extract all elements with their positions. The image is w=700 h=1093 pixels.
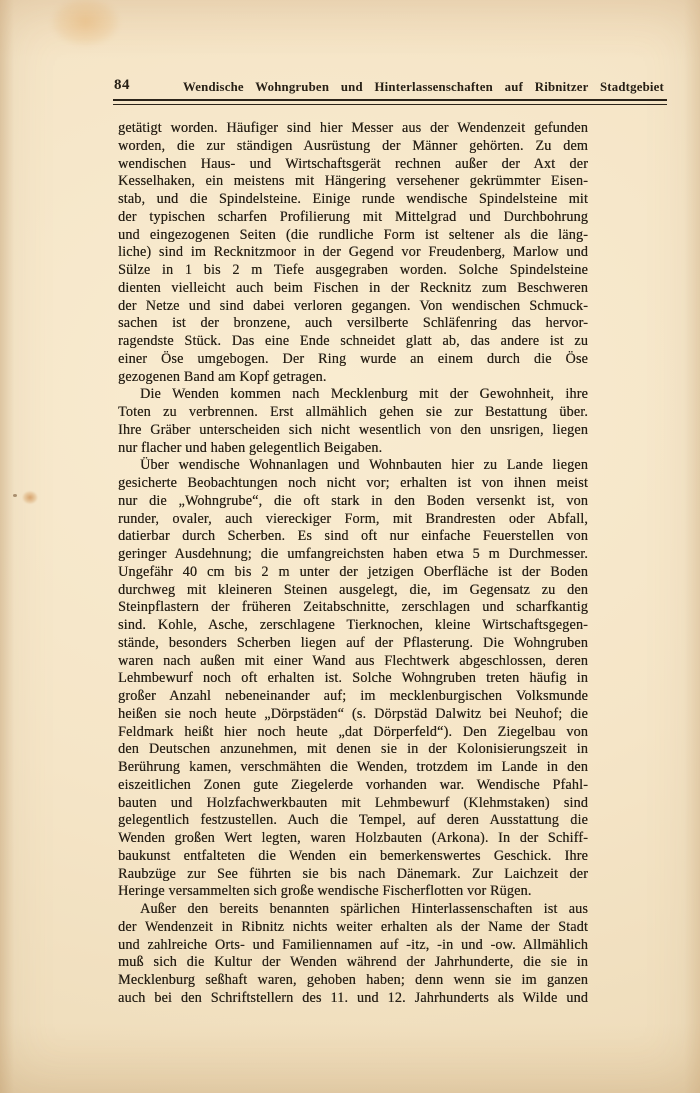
text-line: einer Öse umgebogen. Der Ring wurde an e… <box>118 351 588 369</box>
text-line: muß sich die Kultur der Wenden während d… <box>118 954 588 972</box>
text-line: ragendste Stück. Das eine Ende schneidet… <box>118 333 588 351</box>
text-line: datierbar durch Scherben. Es sind oft nu… <box>118 528 588 546</box>
text-line: baukunst entfalteten die Wenden ein beme… <box>118 848 588 866</box>
text-line: waren nach außen mit einer Wand aus Flec… <box>118 653 588 671</box>
text-line: heißen sie noch heute „Dörpstäden“ (s. D… <box>118 706 588 724</box>
text-line: den Deutschen anzunehmen, mit denen sie … <box>118 741 588 759</box>
text-line: eiszeitlichen Zonen gute Ziegelerde vorh… <box>118 777 588 795</box>
text-line: Ungefähr 40 cm bis 2 m unter der jetzige… <box>118 564 588 582</box>
text-line: auch bei den Schriftstellern des 11. und… <box>118 990 588 1008</box>
text-line: Lehmbewurf noch oft erhalten ist. Solche… <box>118 670 588 688</box>
text-line: durchweg mit kleineren Steinen ausgelegt… <box>118 582 588 600</box>
text-line: Über wendische Wohnanlagen und Wohnbaute… <box>118 457 588 475</box>
text-line: Mecklenburg seßhaft waren, gehoben haben… <box>118 972 588 990</box>
running-title: Wendische Wohngruben und Hinterlassensch… <box>183 80 664 95</box>
text-line: Wenden großen Wert legten, waren Holzbau… <box>118 830 588 848</box>
text-line: geringer Ausdehnung; die umfangreichsten… <box>118 546 588 564</box>
text-line: getätigt worden. Häufiger sind hier Mess… <box>118 120 588 138</box>
text-line: Steinpflastern der früheren Zeitabschnit… <box>118 599 588 617</box>
text-line: stände, besonders Scherben liegen auf de… <box>118 635 588 653</box>
text-line: nur die „Wohngrube“, die oft stark in de… <box>118 493 588 511</box>
text-line: gezogenen Band am Kopf getragen. <box>118 369 588 387</box>
text-line: Sülze in 1 bis 2 m Tiefe ausgegraben wor… <box>118 262 588 280</box>
text-line: Berührung kamen, verschmähten die Wenden… <box>118 759 588 777</box>
text-line: Außer den bereits benannten spärlichen H… <box>118 901 588 919</box>
scanned-book-page: 84 Wendische Wohngruben und Hinterlassen… <box>0 0 700 1093</box>
text-line: wendischen Haus- und Wirtschaftsgerät re… <box>118 156 588 174</box>
text-line: Kesselhaken, ein meistens mit Hängering … <box>118 173 588 191</box>
text-line: und eingezogenen Seiten (die rundliche F… <box>118 227 588 245</box>
text-line: Raubzüge zur See führten sie bis nach Dä… <box>118 866 588 884</box>
text-line: der Netze und sind dabei verloren gegang… <box>118 298 588 316</box>
paper-stain <box>38 0 133 56</box>
text-line: liche) sind im Recknitzmoor in der Gegen… <box>118 244 588 262</box>
text-line: Heringe versammelten sich große wendisch… <box>118 883 588 901</box>
text-line: Toten zu verbrennen. Erst allmählich geh… <box>118 404 588 422</box>
text-line: runder, ovaler, auch viereckiger Form, m… <box>118 511 588 529</box>
text-line: Feldmark heißt hier noch heute „dat Dörp… <box>118 724 588 742</box>
header-rule-bottom <box>113 104 667 105</box>
page-number: 84 <box>114 77 130 94</box>
text-line: Ihre Gräber unterscheiden sich nicht wes… <box>118 422 588 440</box>
text-line: stab, und die Spindelsteine. Einige rund… <box>118 191 588 209</box>
text-line: bauten und Holzfachwerkbauten mit Lehmbe… <box>118 795 588 813</box>
text-line: und zahlreiche Orts- und Familiennamen a… <box>118 937 588 955</box>
header-rule-top <box>113 99 667 101</box>
text-line: nur flacher und haben gelegentlich Beiga… <box>118 440 588 458</box>
text-line: Die Wenden kommen nach Mecklenburg mit d… <box>118 386 588 404</box>
text-line: sind. Kohle, Asche, zerschlagene Tierkno… <box>118 617 588 635</box>
text-line: dienten vielleicht auch beim Fischen in … <box>118 280 588 298</box>
text-line: großer Anzahl nebeneinander auf; im meck… <box>118 688 588 706</box>
text-line: der typischen scharfen Profilierung mit … <box>118 209 588 227</box>
fox-speck <box>13 494 17 497</box>
text-line: gelegentlich festzustellen. Auch die Tem… <box>118 812 588 830</box>
body-text-block: getätigt worden. Häufiger sind hier Mess… <box>118 120 588 1008</box>
text-line: gesicherte Beobachtungen noch nicht vor;… <box>118 475 588 493</box>
text-line: worden, die zur ständigen Ausrüstung der… <box>118 138 588 156</box>
text-line: der Wendenzeit in Ribnitz nichts weiter … <box>118 919 588 937</box>
text-line: sachen ist der bronzene, auch versilbert… <box>118 315 588 333</box>
fox-spot <box>20 489 40 506</box>
